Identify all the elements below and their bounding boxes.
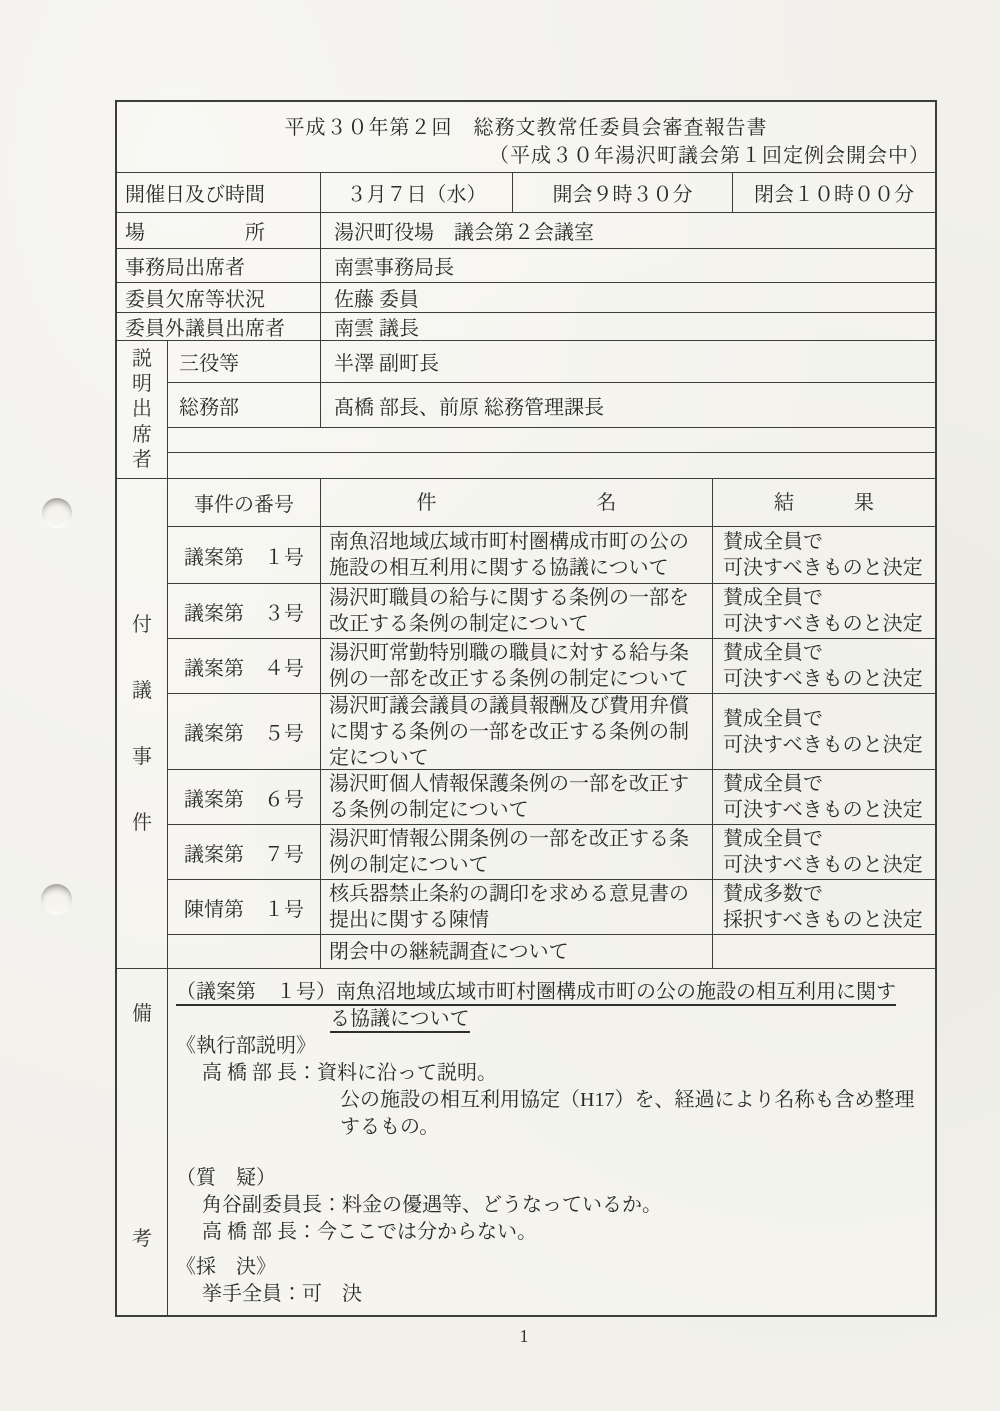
- punch-hole-top: [42, 498, 72, 528]
- vlabel-char: 付: [132, 614, 152, 636]
- agenda-row: 議案第 ６号 湯沢町個人情報保護条例の一部を改正する条例の制定について 賛成全員…: [168, 769, 935, 824]
- agenda-result: 賛成全員で 可決すべきものと決定: [712, 639, 935, 693]
- section-agenda: 付 議 事 件 事件の番号 件 名 結 果 議案第 １号 南魚沼地域広域市町村圏…: [117, 478, 935, 968]
- place-value: 湯沢町役場 議会第２会議室: [320, 213, 935, 248]
- absence-label: 委員欠席等状況: [117, 283, 320, 312]
- datetime-label: 開催日及び時間: [117, 178, 320, 207]
- explainer-row: 三役等 半澤 副町長: [168, 341, 935, 382]
- remarks-continuation-line: するもの。: [340, 1114, 935, 1141]
- agenda-table: 事件の番号 件 名 結 果 議案第 １号 南魚沼地域広域市町村圏構成市町の公の施…: [167, 479, 935, 968]
- vlabel-char: 者: [132, 449, 152, 471]
- explainer-names: 髙橋 部長、前原 総務管理課長: [320, 383, 935, 428]
- datetime-open: 開会９時３０分: [512, 173, 732, 212]
- agenda-name: 湯沢町常勤特別職の職員に対する給与条例の一部を改正する条例の制定について: [320, 639, 712, 693]
- vlabel-char: 件: [132, 812, 152, 834]
- agenda-name: 湯沢町個人情報保護条例の一部を改正する条例の制定について: [320, 770, 712, 824]
- remarks-heading-line1: （議案第 １号）南魚沼地域広域市町村圏構成市町の公の施設の相互利用に関す: [176, 979, 935, 1006]
- agenda-number: 議案第 １号: [168, 527, 320, 583]
- section-remarks: 備 考 （議案第 １号）南魚沼地域広域市町村圏構成市町の公の施設の相互利用に関す…: [117, 968, 935, 1315]
- agenda-number: 議案第 ４号: [168, 639, 320, 693]
- agenda-header-name: 件 名: [320, 479, 712, 526]
- remarks-speaker-line: 挙手全員：可 決: [202, 1281, 935, 1308]
- agenda-number: 陳情第 １号: [168, 880, 320, 934]
- agenda-name: 核兵器禁止条約の調印を求める意見書の提出に関する陳情: [320, 880, 712, 934]
- nonmember-label: 委員外議員出席者: [117, 312, 320, 341]
- explainers-body: 三役等 半澤 副町長 総務部 髙橋 部長、前原 総務管理課長: [167, 341, 935, 478]
- explainer-names: 半澤 副町長: [320, 341, 935, 382]
- agenda-result: 賛成全員で 可決すべきものと決定: [712, 694, 935, 769]
- agenda-vertical-label: 付 議 事 件: [117, 479, 167, 968]
- underlined-text: る協議について: [330, 1008, 470, 1033]
- agenda-name: 湯沢町情報公開条例の一部を改正する条例の制定について: [320, 825, 712, 879]
- remarks-continuation-line: 公の施設の相互利用協定（H17）を、経過により名称も含め整理: [340, 1087, 935, 1114]
- agenda-name: 閉会中の継続調査について: [320, 935, 712, 968]
- row-absence: 委員欠席等状況 佐藤 委員: [117, 282, 935, 312]
- explainer-row: 総務部 髙橋 部長、前原 総務管理課長: [168, 382, 935, 428]
- row-datetime: 開催日及び時間 ３月７日（水） 開会９時３０分 閉会１０時００分: [117, 172, 935, 212]
- agenda-number: 議案第 ３号: [168, 584, 320, 638]
- agenda-row: 議案第 ４号 湯沢町常勤特別職の職員に対する給与条例の一部を改正する条例の制定に…: [168, 638, 935, 693]
- explainer-role: 総務部: [168, 391, 320, 420]
- agenda-number: 議案第 ７号: [168, 825, 320, 879]
- vlabel-char: 説: [132, 348, 152, 370]
- agenda-number: 議案第 ６号: [168, 770, 320, 824]
- doc-subtitle: （平成３０年湯沢町議会第１回定例会開会中）: [117, 142, 935, 170]
- explainers-vertical-label: 説 明 出 席 者: [117, 341, 167, 478]
- agenda-result: 賛成多数で 採択すべきものと決定: [712, 880, 935, 934]
- remarks-speaker-line: 高 橋 部 長：資料に沿って説明。: [202, 1060, 935, 1087]
- page-number: 1: [115, 1326, 933, 1347]
- secretariat-value: 南雲事務局長: [320, 249, 935, 282]
- agenda-header-number: 事件の番号: [168, 479, 320, 526]
- row-secretariat: 事務局出席者 南雲事務局長: [117, 248, 935, 282]
- punch-hole-bottom: [41, 884, 72, 915]
- remarks-subheading: 《執行部説明》: [176, 1033, 935, 1060]
- vlabel-char: 考: [132, 1222, 152, 1251]
- place-label: 場 所: [117, 216, 320, 245]
- agenda-row: 議案第 ７号 湯沢町情報公開条例の一部を改正する条例の制定について 賛成全員で …: [168, 824, 935, 879]
- agenda-name: 南魚沼地域広域市町村圏構成市町の公の施設の相互利用に関する協議について: [320, 527, 712, 583]
- remarks-blank-line: [168, 1246, 935, 1254]
- row-place: 場 所 湯沢町役場 議会第２会議室: [117, 212, 935, 248]
- agenda-result: 賛成全員で 可決すべきものと決定: [712, 584, 935, 638]
- vlabel-char: 席: [132, 424, 152, 446]
- title-block: 平成３０年第２回 総務文教常任委員会審査報告書 （平成３０年湯沢町議会第１回定例…: [117, 102, 935, 172]
- remarks-body: （議案第 １号）南魚沼地域広域市町村圏構成市町の公の施設の相互利用に関す る協議…: [167, 969, 935, 1315]
- scanned-document-page: 平成３０年第２回 総務文教常任委員会審査報告書 （平成３０年湯沢町議会第１回定例…: [0, 0, 1000, 1411]
- agenda-number: 議案第 ５号: [168, 694, 320, 769]
- datetime-close: 閉会１０時００分: [732, 173, 935, 212]
- agenda-result: [712, 935, 935, 968]
- remarks-speaker-line: 高 橋 部 長：今ここでは分からない。: [202, 1219, 935, 1246]
- explainer-row-empty: [168, 427, 935, 452]
- agenda-row: 陳情第 １号 核兵器禁止条約の調印を求める意見書の提出に関する陳情 賛成多数で …: [168, 879, 935, 934]
- remarks-vertical-label: 備 考: [117, 969, 167, 1315]
- secretariat-label: 事務局出席者: [117, 251, 320, 280]
- vlabel-char: 明: [132, 373, 152, 395]
- vlabel-char: 備: [132, 997, 152, 1026]
- explainer-role: 三役等: [168, 347, 320, 376]
- vlabel-char: 出: [132, 398, 152, 420]
- agenda-header-result: 結 果: [712, 479, 935, 526]
- vlabel-char: 議: [132, 680, 152, 702]
- committee-report-table: 平成３０年第２回 総務文教常任委員会審査報告書 （平成３０年湯沢町議会第１回定例…: [115, 100, 937, 1317]
- doc-title: 平成３０年第２回 総務文教常任委員会審査報告書: [117, 114, 935, 142]
- underlined-text: （議案第 １号）南魚沼地域広域市町村圏構成市町の公の施設の相互利用に関す: [176, 981, 896, 1006]
- agenda-row: 閉会中の継続調査について: [168, 934, 935, 968]
- remarks-blank-line: [168, 1141, 935, 1165]
- agenda-header-row: 事件の番号 件 名 結 果: [168, 479, 935, 526]
- agenda-number: [168, 935, 320, 968]
- agenda-row: 議案第 ３号 湯沢町職員の給与に関する条例の一部を改正する条例の制定について 賛…: [168, 583, 935, 638]
- remarks-heading-line2: る協議について: [330, 1006, 935, 1033]
- explainer-row-empty: [168, 452, 935, 478]
- row-nonmember: 委員外議員出席者 南雲 議長: [117, 312, 935, 340]
- absence-value: 佐藤 委員: [320, 283, 935, 312]
- remarks-speaker-line: 角谷副委員長：料金の優遇等、どうなっているか。: [202, 1192, 935, 1219]
- agenda-result: 賛成全員で 可決すべきものと決定: [712, 825, 935, 879]
- remarks-subheading: （質 疑）: [176, 1165, 935, 1192]
- section-explainers: 説 明 出 席 者 三役等 半澤 副町長 総務部 髙橋 部長、前原 総務管理課長: [117, 340, 935, 478]
- vlabel-char: 事: [132, 746, 152, 768]
- remarks-subheading: 《採 決》: [176, 1254, 935, 1281]
- datetime-date: ３月７日（水）: [320, 173, 512, 212]
- agenda-row: 議案第 １号 南魚沼地域広域市町村圏構成市町の公の施設の相互利用に関する協議につ…: [168, 526, 935, 583]
- nonmember-value: 南雲 議長: [320, 313, 935, 340]
- agenda-name: 湯沢町職員の給与に関する条例の一部を改正する条例の制定について: [320, 584, 712, 638]
- agenda-name: 湯沢町議会議員の議員報酬及び費用弁償に関する条例の一部を改正する条例の制定につい…: [320, 694, 712, 769]
- agenda-row: 議案第 ５号 湯沢町議会議員の議員報酬及び費用弁償に関する条例の一部を改正する条…: [168, 693, 935, 769]
- agenda-result: 賛成全員で 可決すべきものと決定: [712, 527, 935, 583]
- agenda-result: 賛成全員で 可決すべきものと決定: [712, 770, 935, 824]
